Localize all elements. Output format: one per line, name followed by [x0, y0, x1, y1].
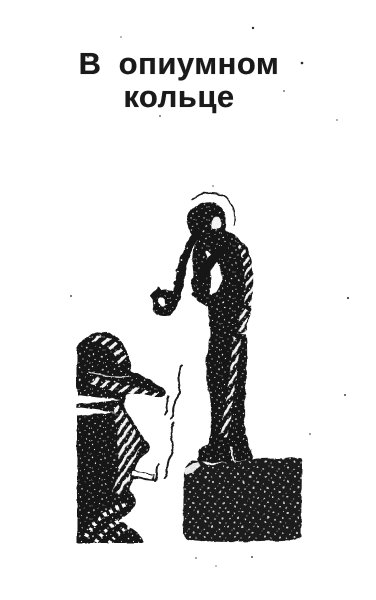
book-page: В опиумном кольце: [0, 0, 376, 600]
smoke-wisp-3: [165, 423, 174, 478]
smoke-wisp-1: [171, 366, 182, 419]
face-highlight: [211, 217, 221, 230]
smoke-wisp-2: [165, 396, 168, 415]
smoker-profile-bust: [77, 332, 166, 543]
smoke-wisps: [155, 366, 182, 481]
illustration-svg: [0, 0, 376, 600]
artwork: [77, 193, 302, 543]
pedestal-body: [183, 458, 302, 542]
saxophonist-hand-upper: [196, 245, 206, 257]
saxophonist: [150, 193, 254, 463]
smoke-wisp-4: [155, 464, 159, 481]
illustration: [0, 0, 376, 600]
saxophonist-legs: [198, 330, 252, 463]
pedestal-block: [182, 458, 302, 542]
